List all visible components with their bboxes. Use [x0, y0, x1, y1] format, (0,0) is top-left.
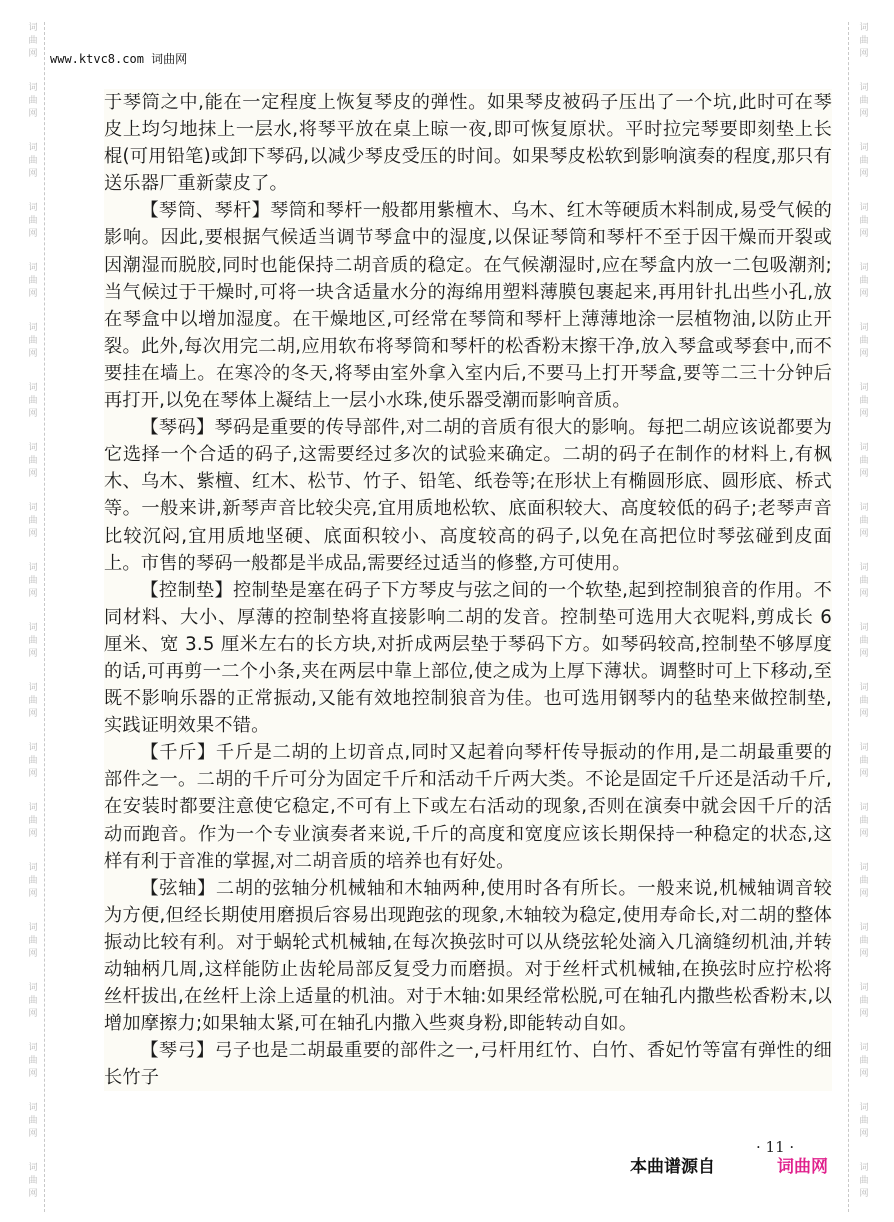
watermark-char: 曲 [859, 875, 868, 888]
watermark-char: 网 [859, 1188, 868, 1201]
watermark-char: 曲 [859, 695, 868, 708]
watermark-char: 曲 [28, 1055, 37, 1068]
watermark-char: 曲 [28, 515, 37, 528]
paragraph-heading: 【琴弓】 [140, 1040, 214, 1061]
watermark-char: 网 [859, 348, 868, 361]
watermark-char: 网 [28, 288, 37, 301]
watermark-char: 词 [28, 1042, 37, 1055]
watermark-char: 曲 [28, 1175, 37, 1188]
watermark-char: 网 [859, 1128, 868, 1141]
watermark-char: 曲 [28, 335, 37, 348]
watermark-char: 曲 [28, 875, 37, 888]
watermark-group: 词曲网 [853, 1042, 875, 1102]
watermark-group: 词曲网 [22, 742, 44, 802]
watermark-char: 曲 [28, 155, 37, 168]
site-url[interactable]: www.ktvc8.com [50, 52, 144, 66]
watermark-char: 词 [28, 1102, 37, 1115]
watermark-group: 词曲网 [22, 142, 44, 202]
watermark-group: 词曲网 [22, 622, 44, 682]
watermark-char: 词 [28, 622, 37, 635]
watermark-group: 词曲网 [22, 1162, 44, 1222]
watermark-char: 网 [28, 1068, 37, 1081]
watermark-char: 词 [859, 922, 868, 935]
watermark-char: 词 [28, 442, 37, 455]
watermark-char: 词 [859, 622, 868, 635]
paragraph-text: 二胡的弦轴分机械轴和木轴两种,使用时各有所长。一般来说,机械轴调音较为方便,但经… [104, 878, 832, 1034]
watermark-char: 网 [859, 288, 868, 301]
watermark-char: 曲 [28, 635, 37, 648]
watermark-char: 网 [28, 828, 37, 841]
watermark-group: 词曲网 [22, 862, 44, 922]
watermark-char: 曲 [859, 995, 868, 1008]
watermark-group: 词曲网 [853, 802, 875, 862]
watermark-char: 曲 [859, 755, 868, 768]
watermark-group: 词曲网 [853, 262, 875, 322]
watermark-char: 词 [28, 22, 37, 35]
paragraph-qianjin: 【千斤】千斤是二胡的上切音点,同时又起着向琴杆传导振动的作用,是二胡最重要的部件… [104, 739, 832, 874]
site-name: 词曲网 [151, 52, 187, 66]
paragraph-heading: 【千斤】 [140, 742, 215, 763]
watermark-char: 网 [859, 828, 868, 841]
watermark-char: 曲 [859, 275, 868, 288]
watermark-char: 词 [859, 262, 868, 275]
paragraph-continuation: 于琴筒之中,能在一定程度上恢复琴皮的弹性。如果琴皮被码子压出了一个坑,此时可在琴… [104, 89, 832, 197]
watermark-char: 曲 [859, 1175, 868, 1188]
watermark-char: 曲 [859, 35, 868, 48]
watermark-char: 曲 [28, 755, 37, 768]
watermark-group: 词曲网 [22, 802, 44, 862]
watermark-char: 词 [859, 802, 868, 815]
watermark-char: 曲 [28, 575, 37, 588]
watermark-group: 词曲网 [853, 742, 875, 802]
watermark-char: 网 [28, 888, 37, 901]
watermark-group: 词曲网 [22, 982, 44, 1042]
watermark-char: 曲 [28, 995, 37, 1008]
watermark-group: 词曲网 [22, 262, 44, 322]
watermark-group: 词曲网 [22, 322, 44, 382]
watermark-char: 词 [859, 982, 868, 995]
watermark-char: 曲 [28, 455, 37, 468]
paragraph-qintong-qingan: 【琴筒、琴杆】琴筒和琴杆一般都用紫檀木、乌木、红木等硬质木料制成,易受气候的影响… [104, 197, 832, 414]
paragraph-text: 琴码是重要的传导部件,对二胡的音质有很大的影响。每把二胡应该说都要为它选择一个合… [104, 417, 832, 573]
watermark-char: 词 [859, 1042, 868, 1055]
watermark-char: 词 [28, 82, 37, 95]
watermark-char: 词 [28, 682, 37, 695]
watermark-char: 词 [28, 262, 37, 275]
page-body: 于琴筒之中,能在一定程度上恢复琴皮的弹性。如果琴皮被码子压出了一个坑,此时可在琴… [104, 89, 832, 1091]
footer-source-label: 本曲谱源自 [630, 1152, 715, 1177]
watermark-char: 网 [28, 708, 37, 721]
watermark-char: 曲 [859, 935, 868, 948]
watermark-group: 词曲网 [22, 562, 44, 622]
watermark-char: 网 [859, 108, 868, 121]
watermark-char: 词 [859, 742, 868, 755]
watermark-char: 词 [28, 742, 37, 755]
watermark-char: 曲 [28, 695, 37, 708]
watermark-group: 词曲网 [853, 382, 875, 442]
watermark-char: 网 [859, 468, 868, 481]
watermark-char: 网 [28, 1128, 37, 1141]
watermark-group: 词曲网 [22, 682, 44, 742]
paragraph-heading: 【弦轴】 [140, 878, 215, 899]
watermark-group: 词曲网 [853, 622, 875, 682]
watermark-char: 网 [859, 48, 868, 61]
watermark-char: 词 [859, 442, 868, 455]
watermark-group: 词曲网 [853, 862, 875, 922]
watermark-char: 网 [28, 168, 37, 181]
watermark-char: 曲 [859, 575, 868, 588]
watermark-char: 网 [859, 948, 868, 961]
watermark-char: 网 [859, 1008, 868, 1021]
watermark-group: 词曲网 [853, 562, 875, 622]
watermark-group: 词曲网 [22, 922, 44, 982]
watermark-char: 词 [28, 922, 37, 935]
watermark-group: 词曲网 [853, 22, 875, 82]
watermark-char: 曲 [28, 215, 37, 228]
paragraph-qinma: 【琴码】琴码是重要的传导部件,对二胡的音质有很大的影响。每把二胡应该说都要为它选… [104, 414, 832, 577]
watermark-char: 网 [859, 888, 868, 901]
watermark-char: 网 [28, 948, 37, 961]
watermark-char: 网 [28, 528, 37, 541]
watermark-char: 网 [28, 588, 37, 601]
watermark-char: 网 [28, 1188, 37, 1201]
watermark-char: 词 [28, 1162, 37, 1175]
watermark-char: 网 [28, 108, 37, 121]
watermark-char: 词 [859, 682, 868, 695]
paragraph-text: 控制垫是塞在码子下方琴皮与弦之间的一个软垫,起到控制狼音的作用。不同材料、大小、… [104, 580, 832, 736]
watermark-char: 网 [859, 708, 868, 721]
watermark-char: 词 [28, 502, 37, 515]
watermark-char: 网 [859, 228, 868, 241]
watermark-char: 词 [859, 202, 868, 215]
watermark-char: 网 [859, 1068, 868, 1081]
watermark-group: 词曲网 [22, 82, 44, 142]
watermark-char: 曲 [859, 1115, 868, 1128]
watermark-char: 曲 [859, 635, 868, 648]
paragraph-kongzhidian: 【控制垫】控制垫是塞在码子下方琴皮与弦之间的一个软垫,起到控制狼音的作用。不同材… [104, 577, 832, 740]
watermark-char: 曲 [28, 35, 37, 48]
watermark-group: 词曲网 [853, 202, 875, 262]
watermark-char: 词 [28, 982, 37, 995]
watermark-group: 词曲网 [853, 502, 875, 562]
paragraph-xianzhou: 【弦轴】二胡的弦轴分机械轴和木轴两种,使用时各有所长。一般来说,机械轴调音较为方… [104, 875, 832, 1038]
watermark-char: 网 [28, 228, 37, 241]
right-margin-watermark: 词曲网词曲网词曲网词曲网词曲网词曲网词曲网词曲网词曲网词曲网词曲网词曲网词曲网词… [848, 22, 875, 1212]
watermark-char: 词 [859, 382, 868, 395]
watermark-group: 词曲网 [853, 82, 875, 142]
watermark-char: 曲 [859, 395, 868, 408]
watermark-char: 词 [859, 562, 868, 575]
watermark-char: 网 [859, 528, 868, 541]
watermark-char: 词 [859, 502, 868, 515]
watermark-char: 网 [28, 468, 37, 481]
paragraph-heading: 【控制垫】 [140, 580, 233, 601]
watermark-char: 词 [28, 562, 37, 575]
watermark-group: 词曲网 [853, 442, 875, 502]
watermark-char: 词 [859, 322, 868, 335]
watermark-char: 网 [859, 408, 868, 421]
watermark-char: 曲 [859, 815, 868, 828]
site-header: www.ktvc8.com 词曲网 [50, 50, 187, 67]
watermark-char: 词 [859, 1102, 868, 1115]
watermark-char: 网 [28, 348, 37, 361]
watermark-char: 词 [28, 142, 37, 155]
watermark-char: 网 [28, 768, 37, 781]
watermark-group: 词曲网 [853, 1102, 875, 1162]
watermark-group: 词曲网 [853, 1162, 875, 1222]
paragraph-text: 琴筒和琴杆一般都用紫檀木、乌木、红木等硬质木料制成,易受气候的影响。因此,要根据… [104, 200, 832, 411]
watermark-group: 词曲网 [853, 682, 875, 742]
paragraph-text: 于琴筒之中,能在一定程度上恢复琴皮的弹性。如果琴皮被码子压出了一个坑,此时可在琴… [104, 92, 832, 194]
watermark-char: 词 [28, 322, 37, 335]
watermark-char: 曲 [859, 515, 868, 528]
paragraph-qingong: 【琴弓】弓子也是二胡最重要的部件之一,弓杆用红竹、白竹、香妃竹等富有弹性的细长竹… [104, 1037, 832, 1091]
watermark-group: 词曲网 [22, 382, 44, 442]
watermark-char: 词 [28, 202, 37, 215]
watermark-char: 网 [28, 48, 37, 61]
watermark-char: 曲 [28, 395, 37, 408]
watermark-group: 词曲网 [22, 442, 44, 502]
left-margin-watermark: 词曲网词曲网词曲网词曲网词曲网词曲网词曲网词曲网词曲网词曲网词曲网词曲网词曲网词… [22, 22, 45, 1212]
watermark-group: 词曲网 [22, 22, 44, 82]
watermark-char: 词 [859, 142, 868, 155]
watermark-group: 词曲网 [853, 322, 875, 382]
watermark-char: 词 [28, 802, 37, 815]
paragraph-heading: 【琴码】 [140, 417, 214, 438]
watermark-group: 词曲网 [22, 1042, 44, 1102]
watermark-char: 词 [28, 382, 37, 395]
watermark-char: 词 [859, 22, 868, 35]
watermark-char: 网 [859, 588, 868, 601]
watermark-char: 网 [28, 1008, 37, 1021]
watermark-char: 网 [28, 648, 37, 661]
watermark-group: 词曲网 [22, 1102, 44, 1162]
watermark-group: 词曲网 [853, 922, 875, 982]
watermark-char: 曲 [28, 95, 37, 108]
watermark-group: 词曲网 [22, 502, 44, 562]
watermark-char: 网 [28, 408, 37, 421]
watermark-char: 网 [859, 648, 868, 661]
watermark-char: 词 [859, 862, 868, 875]
watermark-group: 词曲网 [22, 202, 44, 262]
watermark-char: 曲 [859, 335, 868, 348]
watermark-char: 曲 [859, 215, 868, 228]
watermark-char: 曲 [28, 1115, 37, 1128]
watermark-char: 词 [28, 862, 37, 875]
watermark-char: 网 [859, 168, 868, 181]
watermark-char: 曲 [859, 1055, 868, 1068]
watermark-char: 曲 [28, 935, 37, 948]
watermark-char: 曲 [859, 155, 868, 168]
watermark-char: 网 [859, 768, 868, 781]
footer-site-link[interactable]: 词曲网 [777, 1152, 828, 1177]
watermark-char: 曲 [28, 815, 37, 828]
watermark-char: 词 [859, 82, 868, 95]
watermark-char: 曲 [28, 275, 37, 288]
watermark-char: 曲 [859, 95, 868, 108]
watermark-char: 词 [859, 1162, 868, 1175]
watermark-group: 词曲网 [853, 142, 875, 202]
watermark-group: 词曲网 [853, 982, 875, 1042]
watermark-char: 曲 [859, 455, 868, 468]
paragraph-heading: 【琴筒、琴杆】 [140, 200, 270, 221]
